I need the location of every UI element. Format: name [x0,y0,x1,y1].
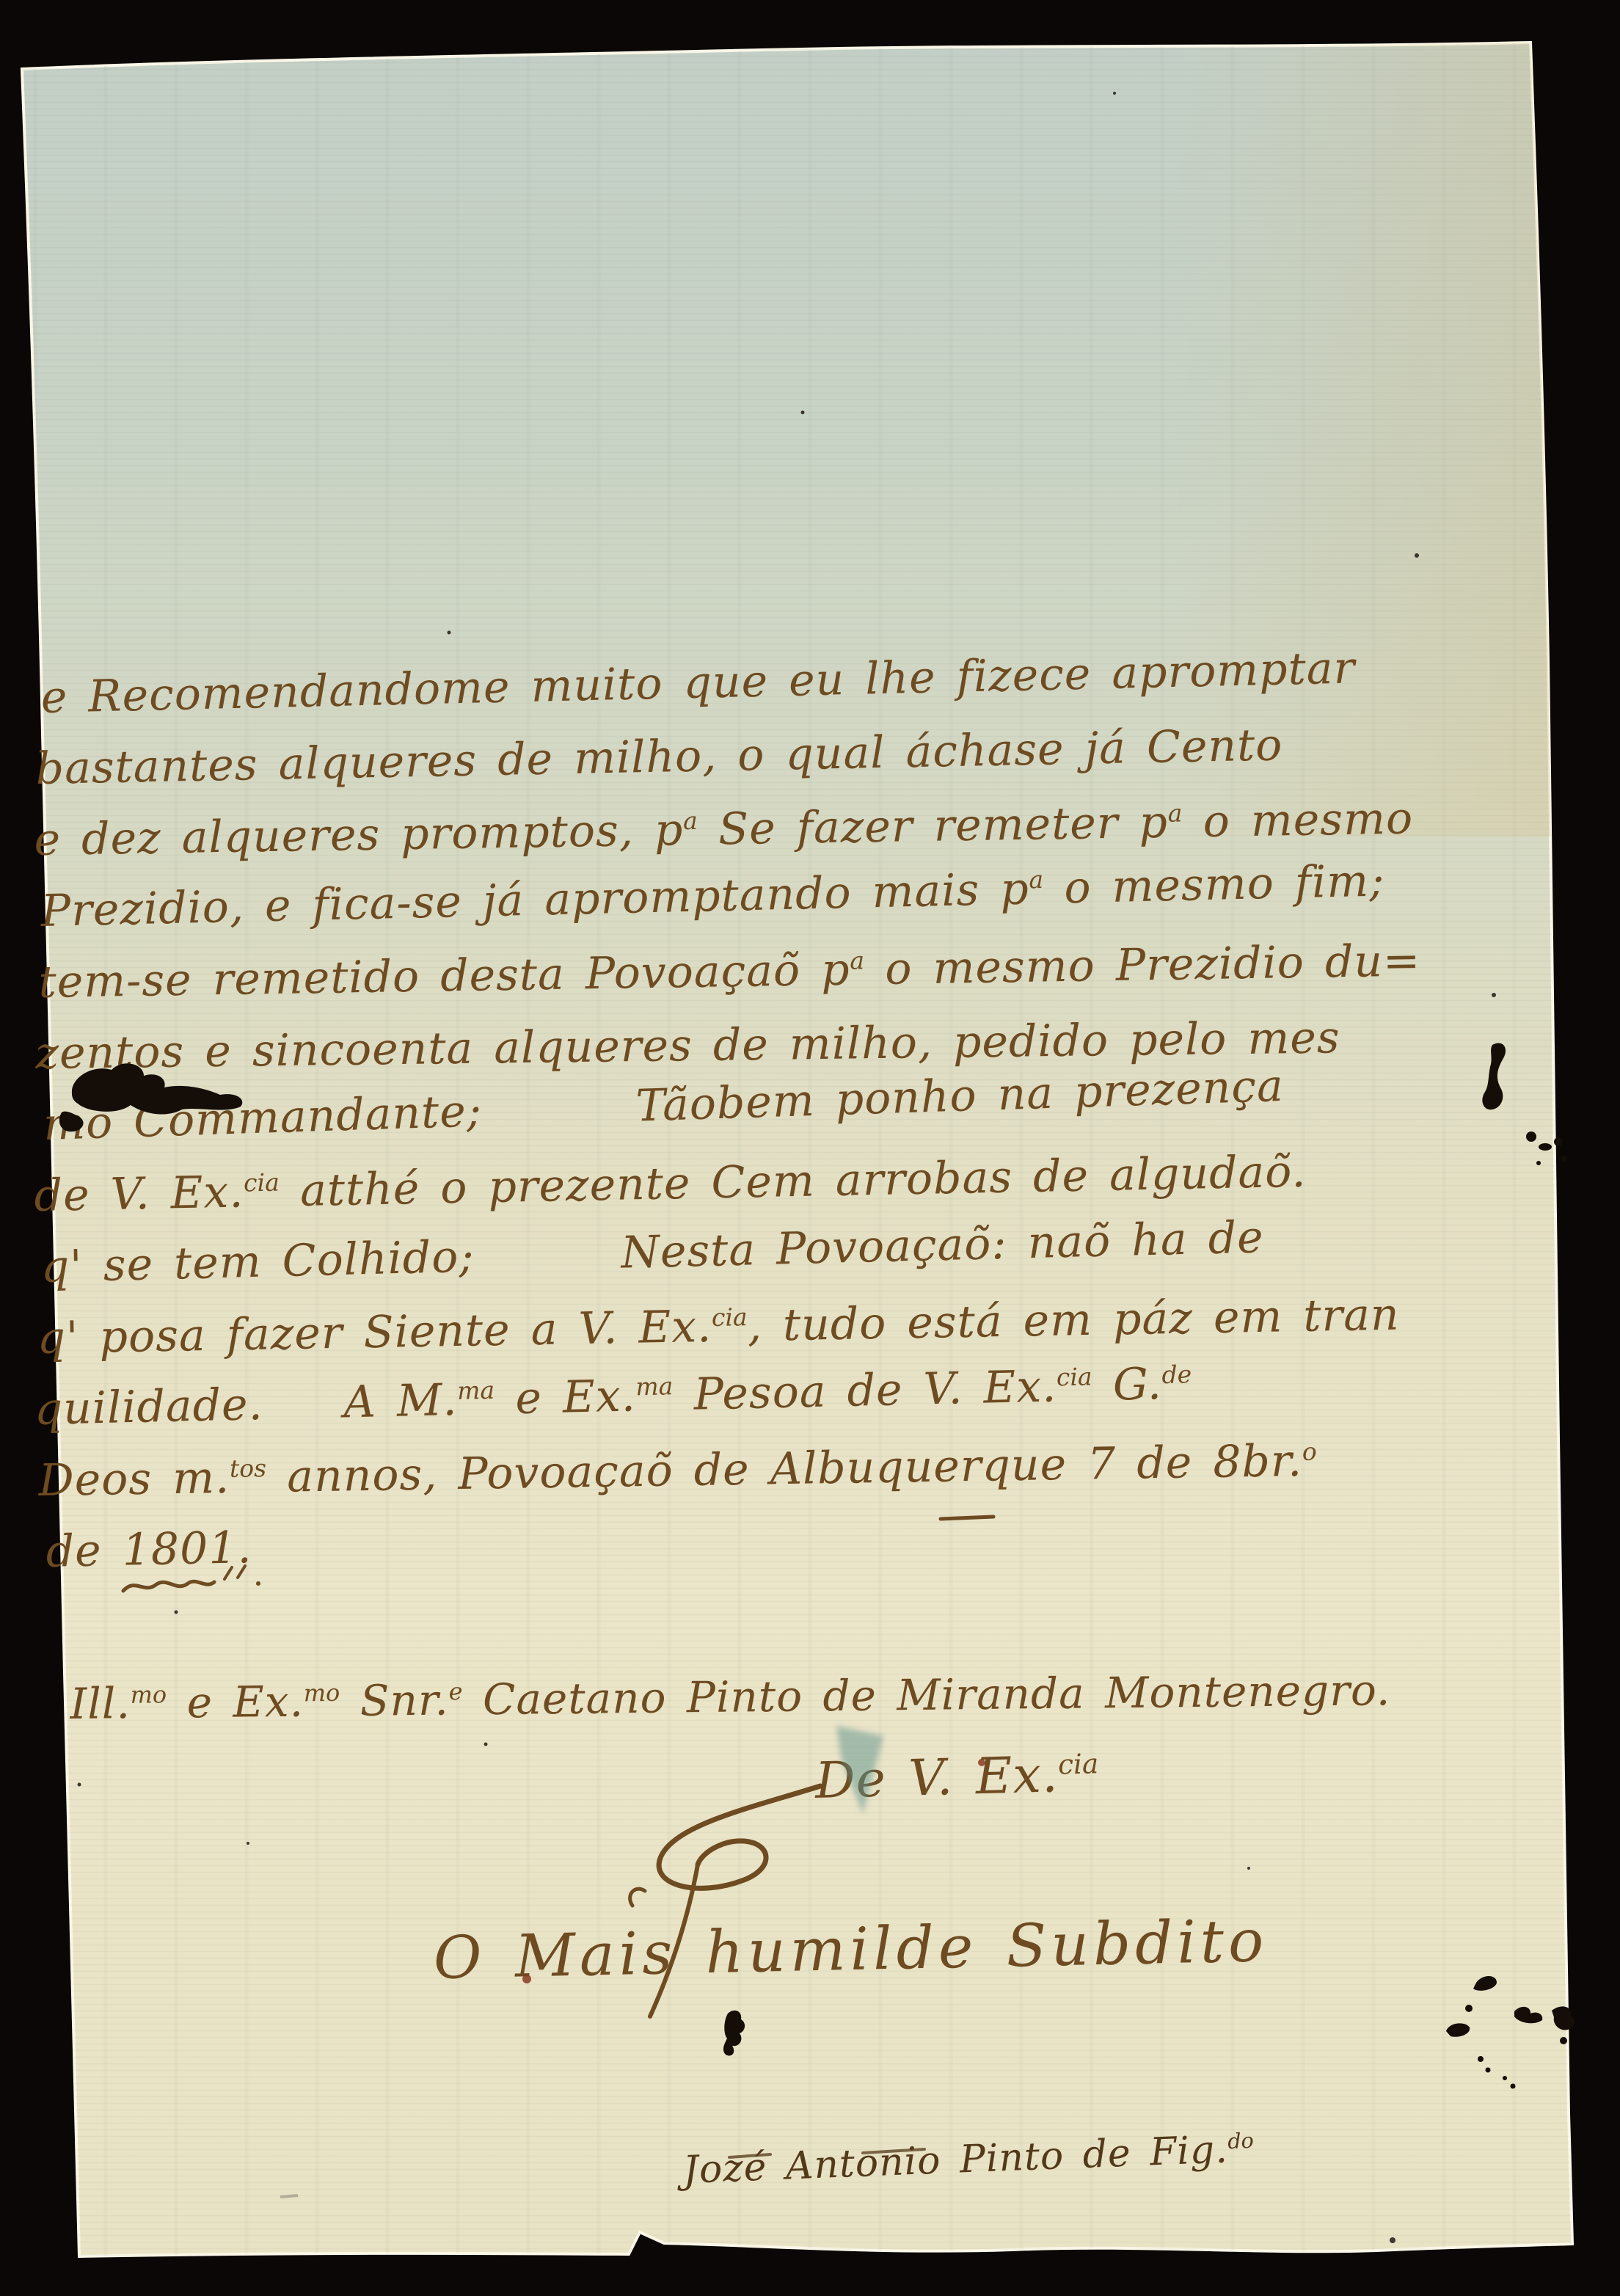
rust-specks [522,1759,985,1983]
ink-drip-subscription [723,2011,745,2056]
ink-blot-left [59,1063,242,1131]
paraph-flourish [630,1786,820,2016]
pencil-mark [280,2195,298,2197]
scanned-letter-photo: e Recomendandome muito que eu lhe fizece… [0,0,1620,2296]
numeral-underline [941,1517,993,1519]
ink-marks-overlay [0,0,1620,2296]
teal-stain [836,1726,883,1814]
photo-background: { "document": { "kind": "scanned handwri… [0,0,1620,2296]
dust-specks [78,92,1497,2243]
signature-macron-marks [729,2149,924,2157]
ink-spatter-right-upper [1526,1131,1567,1165]
ink-blot-right-squiggle [1482,1043,1506,1109]
date-flourish [123,1566,260,1591]
ink-spatter-right-lower [1446,1976,1575,2089]
